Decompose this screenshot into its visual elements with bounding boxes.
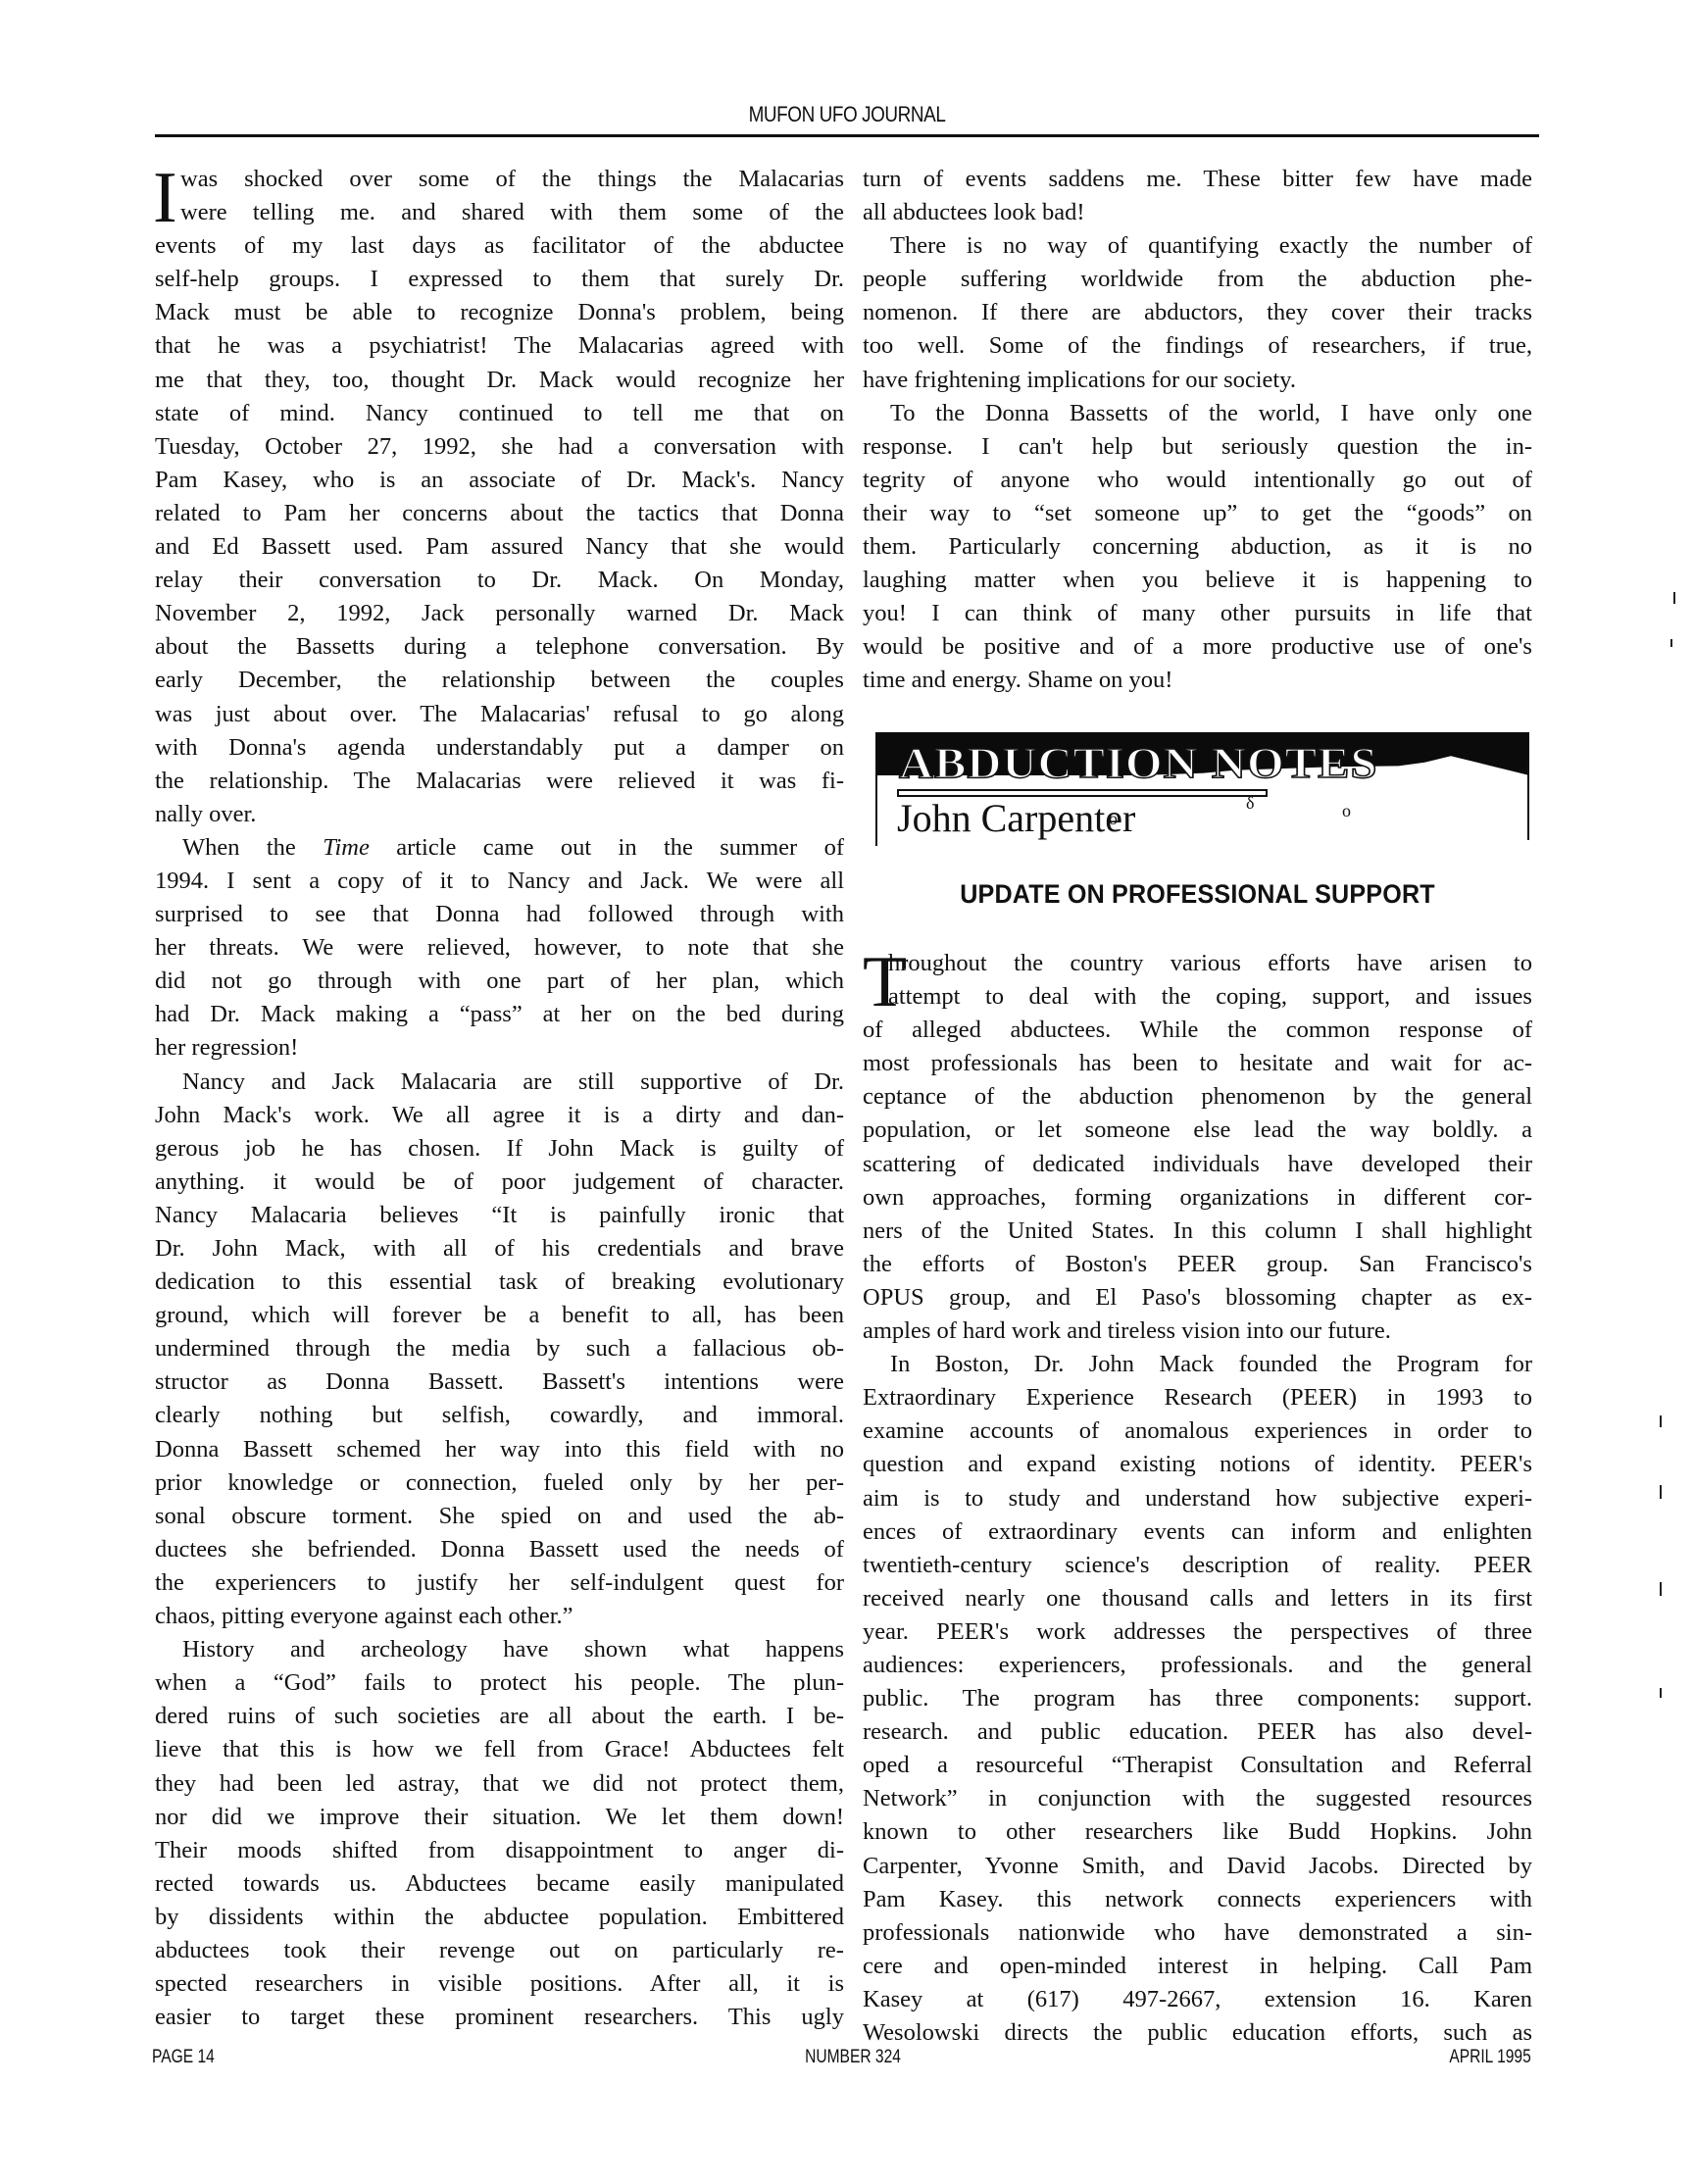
speck-mark: o — [1342, 801, 1351, 821]
banner-border-right — [1527, 762, 1529, 840]
text-line: professionals nationwide who have demons… — [863, 1916, 1532, 1950]
text-line: time and energy. Shame on you! — [863, 664, 1532, 697]
text-line: their way to “set someone up” to get the… — [863, 497, 1532, 530]
text-line: dedication to this essential task of bre… — [155, 1266, 844, 1299]
text-line: received nearly one thousand calls and l… — [863, 1582, 1532, 1615]
text-line: when a “God” fails to protect his people… — [155, 1666, 844, 1700]
text-line: oped a resourceful “Therapist Consultati… — [863, 1749, 1532, 1782]
text-line: surprised to see that Donna had followed… — [155, 898, 844, 931]
text-line: question and expand existing notions of … — [863, 1448, 1532, 1481]
text-line: research. and public education. PEER has… — [863, 1715, 1532, 1749]
text-line: ground, which will forever be a benefit … — [155, 1299, 844, 1332]
text-line: abductees took their revenge out on part… — [155, 1934, 844, 1967]
text-line: Kasey at (617) 497-2667, extension 16. K… — [863, 1983, 1532, 2016]
text-line: chaos, pitting everyone against each oth… — [155, 1600, 844, 1633]
scan-mark — [1673, 592, 1675, 604]
text-line: laughing matter when you believe it is h… — [863, 564, 1532, 597]
text-line: did not go through with one part of her … — [155, 965, 844, 998]
text-line: Their moods shifted from disappointment … — [155, 1834, 844, 1867]
text-line: Pam Kasey, who is an associate of Dr. Ma… — [155, 464, 844, 497]
text-line: that he was a psychiatrist! The Malacari… — [155, 329, 844, 363]
text-line: had Dr. Mack making a “pass” at her on t… — [155, 998, 844, 1031]
text-line: of alleged abductees. While the common r… — [863, 1014, 1532, 1047]
text-line: Donna Bassett schemed her way into this … — [155, 1433, 844, 1466]
text-line: them. Particularly concerning abduction,… — [863, 530, 1532, 564]
text-line: To the Donna Bassetts of the world, I ha… — [863, 397, 1532, 430]
text-line: amples of hard work and tireless vision … — [863, 1315, 1532, 1348]
text-line: gerous job he has chosen. If John Mack i… — [155, 1132, 844, 1166]
text-line: ceptance of the abduction phenomenon by … — [863, 1080, 1532, 1114]
text-line: people suffering worldwide from the abdu… — [863, 263, 1532, 296]
dropcap: T — [863, 951, 907, 1014]
text-line: ences of extraordinary events can inform… — [863, 1515, 1532, 1549]
text-line: Mack must be able to recognize Donna's p… — [155, 296, 844, 329]
text-line: related to Pam her concerns about the ta… — [155, 497, 844, 530]
text-line: prior knowledge or connection, fueled on… — [155, 1466, 844, 1500]
text-line: examine accounts of anomalous experience… — [863, 1415, 1532, 1448]
text-line: self-help groups. I expressed to them th… — [155, 263, 844, 296]
text-line: OPUS group, and El Paso's blossoming cha… — [863, 1281, 1532, 1315]
text-line: anything. it would be of poor judgement … — [155, 1166, 844, 1199]
text-line: Tuesday, October 27, 1992, she had a con… — [155, 430, 844, 464]
text-line: ners of the United States. In this colum… — [863, 1215, 1532, 1248]
text-line: about the Bassetts during a telephone co… — [155, 630, 844, 664]
text-line: John Mack's work. We all agree it is a d… — [155, 1099, 844, 1132]
text-line: would be positive and of a more producti… — [863, 630, 1532, 664]
text-line: structor as Donna Bassett. Bassett's int… — [155, 1365, 844, 1399]
text-line: audiences: experiencers, professionals. … — [863, 1649, 1532, 1682]
scan-mark — [1660, 1415, 1662, 1427]
text-line: and Ed Bassett used. Pam assured Nancy t… — [155, 530, 844, 564]
text-line: Nancy Malacaria believes “It is painfull… — [155, 1199, 844, 1232]
text-line: the efforts of Boston's PEER group. San … — [863, 1248, 1532, 1281]
text-line: hroughout the country various efforts ha… — [863, 947, 1532, 980]
text-line: all abductees look bad! — [863, 196, 1532, 229]
text-line: events of my last days as facilitator of… — [155, 229, 844, 263]
text-line: they had been led astray, that we did no… — [155, 1767, 844, 1801]
scan-mark — [1660, 1688, 1662, 1698]
text-line: her regression! — [155, 1031, 844, 1065]
section-heading: UPDATE ON PROFESSIONAL SUPPORT — [886, 879, 1509, 910]
text-line: Network” in conjunction with the suggest… — [863, 1782, 1532, 1815]
speck-mark: o — [1109, 809, 1118, 829]
text-line: Carpenter, Yvonne Smith, and David Jacob… — [863, 1850, 1532, 1883]
text-line: have frightening implications for our so… — [863, 364, 1532, 397]
text-line: easier to target these prominent researc… — [155, 2001, 844, 2034]
text-line: with Donna's agenda understandably put a… — [155, 731, 844, 765]
text-line: the relationship. The Malacarias were re… — [155, 765, 844, 798]
text-line: you! I can think of many other pursuits … — [863, 597, 1532, 630]
text-line: public. The program has three components… — [863, 1682, 1532, 1715]
text-line: Extraordinary Experience Research (PEER)… — [863, 1381, 1532, 1415]
text-line: were telling me. and shared with them so… — [155, 196, 844, 229]
text-line: dered ruins of such societies are all ab… — [155, 1700, 844, 1733]
footer-date: APRIL 1995 — [1450, 2047, 1531, 2068]
text-line: most professionals has been to hesitate … — [863, 1047, 1532, 1080]
text-line: sonal obscure torment. She spied on and … — [155, 1500, 844, 1533]
text-line: lieve that this is how we fell from Grac… — [155, 1733, 844, 1766]
banner-author: John Carpenter — [897, 795, 1135, 841]
text-line: There is no way of quantifying exactly t… — [863, 229, 1532, 263]
text-line: November 2, 1992, Jack personally warned… — [155, 597, 844, 630]
text-line: own approaches, forming organizations in… — [863, 1181, 1532, 1215]
text-line: the experiencers to justify her self-ind… — [155, 1566, 844, 1600]
speck-mark: δ — [1246, 793, 1254, 814]
text-line: scattering of dedicated individuals have… — [863, 1148, 1532, 1181]
left-column: I was shocked over some of the things th… — [155, 163, 844, 2034]
text-line: cere and open-minded interest in helping… — [863, 1950, 1532, 1983]
text-line: her threats. We were relieved, however, … — [155, 931, 844, 965]
text-line: response. I can't help but seriously que… — [863, 430, 1532, 464]
text-line: aim is to study and understand how subje… — [863, 1482, 1532, 1515]
footer-issue-number: NUMBER 324 — [772, 2047, 933, 2068]
text-line: me that they, too, thought Dr. Mack woul… — [155, 364, 844, 397]
header-rule — [155, 134, 1539, 137]
scan-mark — [1670, 639, 1672, 647]
text-line: population, or let someone else lead the… — [863, 1114, 1532, 1147]
right-column-bottom: T hroughout the country various efforts … — [863, 947, 1532, 2050]
text-line: relay their conversation to Dr. Mack. On… — [155, 564, 844, 597]
scan-mark — [1660, 1485, 1662, 1499]
text-line: was shocked over some of the things the … — [155, 163, 844, 196]
text-line: undermined through the media by such a f… — [155, 1332, 844, 1365]
text-line: nomenon. If there are abductors, they co… — [863, 296, 1532, 329]
text-line: too well. Some of the findings of resear… — [863, 329, 1532, 363]
text-line: state of mind. Nancy continued to tell m… — [155, 397, 844, 430]
text-line: 1994. I sent a copy of it to Nancy and J… — [155, 865, 844, 898]
italic-title: Time — [323, 834, 370, 861]
column-banner: ABDUCTION NOTES John Carpenter o δ o — [875, 732, 1529, 846]
text-line: twentieth-century science's description … — [863, 1549, 1532, 1582]
text-line: turn of events saddens me. These bitter … — [863, 163, 1532, 196]
scan-mark — [1660, 1582, 1662, 1596]
text-line: known to other researchers like Budd Hop… — [863, 1815, 1532, 1849]
text-line: When the Time article came out in the su… — [155, 831, 844, 865]
text-line: tegrity of anyone who would intentionall… — [863, 464, 1532, 497]
text-line: nor did we improve their situation. We l… — [155, 1801, 844, 1834]
text-line: Wesolowski directs the public education … — [863, 2016, 1532, 2050]
text-line: Nancy and Jack Malacaria are still suppo… — [155, 1066, 844, 1099]
banner-title: ABDUCTION NOTES — [899, 738, 1378, 788]
text-line: rected towards us. Abductees became easi… — [155, 1867, 844, 1901]
text-line: was just about over. The Malacarias' ref… — [155, 698, 844, 731]
text-line: year. PEER's work addresses the perspect… — [863, 1615, 1532, 1649]
text-line: clearly nothing but selfish, cowardly, a… — [155, 1399, 844, 1432]
footer-page-number: PAGE 14 — [152, 2047, 215, 2068]
text-line: early December, the relationship between… — [155, 664, 844, 697]
banner-border-left — [875, 762, 877, 846]
running-head: MUFON UFO JOURNAL — [119, 102, 1575, 127]
dropcap: I — [153, 167, 177, 229]
text-line: ductees she befriended. Donna Bassett us… — [155, 1533, 844, 1566]
text-line: Dr. John Mack, with all of his credentia… — [155, 1232, 844, 1266]
text-line: attempt to deal with the coping, support… — [863, 980, 1532, 1014]
right-column-top: turn of events saddens me. These bitter … — [863, 163, 1532, 698]
text-line: In Boston, Dr. John Mack founded the Pro… — [863, 1348, 1532, 1381]
text-line: spected researchers in visible positions… — [155, 1967, 844, 2001]
text-line: by dissidents within the abductee popula… — [155, 1901, 844, 1934]
text-line: Pam Kasey. this network connects experie… — [863, 1883, 1532, 1916]
text-line: History and archeology have shown what h… — [155, 1633, 844, 1666]
text-line: nally over. — [155, 798, 844, 831]
